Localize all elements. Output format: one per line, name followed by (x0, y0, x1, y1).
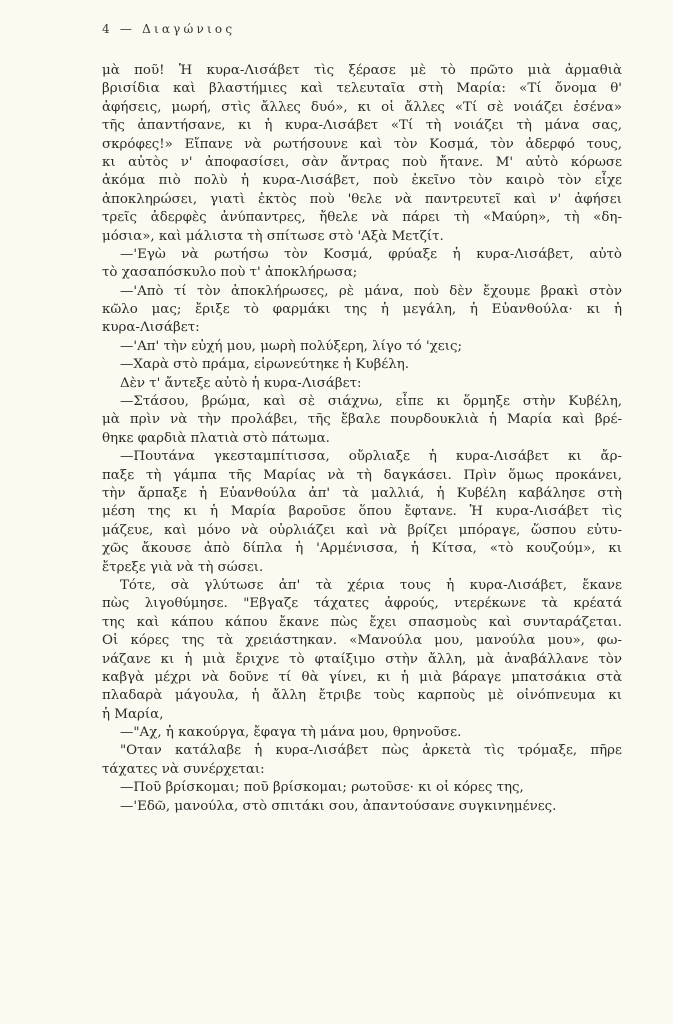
text-line: "Οταν κατάλαβε ἡ κυρα-Λισάβετ πὼς ἀρκετὰ… (102, 742, 622, 760)
text-line: —Στάσου, βρώμα, καὶ σὲ σιάχνω, εἶπε κι ὅ… (102, 393, 622, 411)
text-line: —Χαρὰ στὸ πράμα, εἰρωνεύτηκε ἡ Κυβέλη. (102, 356, 622, 374)
text-line: θηκε φαρδιὰ πλατιὰ στὸ πάτωμα. (102, 430, 622, 448)
text-line: τὸ χασαπόσκυλο ποὺ τ' ἀποκλήρωσα; (102, 264, 622, 282)
text-line: ἀκόμα πιὸ πολὺ ἡ κυρα-Λισάβετ, ποὺ ἐκεῖν… (102, 172, 622, 190)
text-line: Δὲν τ' ἄντεξε αὐτὸ ἡ κυρα-Λισάβετ: (102, 375, 622, 393)
text-line: μέση της κι ἡ Μαρία βαροῦσε ὅπου ἔφτανε.… (102, 503, 622, 521)
text-line: πὼς λιγοθύμησε. "Εβγαζε τάχατες ἀφρούς, … (102, 595, 622, 613)
text-line: νάζανε κι ἡ μιὰ ἔριχνε τὸ φταίξιμο στὴν … (102, 651, 622, 669)
text-line: —'Εγὼ νὰ ρωτήσω τὸν Κοσμά, φρύαξε ἡ κυρα… (102, 246, 622, 264)
text-line: μάζευε, καὶ μόνο νὰ οὐρλιάζει καὶ νὰ βρί… (102, 522, 622, 540)
text-line: καβγὰ μέχρι νὰ δοῦνε τί θὰ γίνει, κι ἡ μ… (102, 669, 622, 687)
text-line: βρισίδια καὶ βλαστήμιες καὶ τελευταῖα στ… (102, 80, 622, 98)
text-line: μὰ πρὶν νὰ τὴν προλάβει, τῆς ἔβαλε πουρδ… (102, 411, 622, 429)
text-line: τὴν ἄρπαξε ἡ Εὐανθούλα ἀπ' τὰ μαλλιά, ἡ … (102, 485, 622, 503)
running-title: Διαγώνιος (142, 22, 235, 36)
text-line: —'Απ' τὴν εὐχή μου, μωρὴ πολύξερη, λίγο … (102, 338, 622, 356)
text-line: μόσια», καὶ μάλιστα τὴ σπίτωσε στὸ 'Αξὰ … (102, 228, 622, 246)
text-line: Οἱ κόρες της τὰ χρειάστηκαν. «Μανούλα μο… (102, 632, 622, 650)
text-line: χῶς ἄκουσε ἀπὸ δίπλα ἡ 'Αρμένισσα, ἡ Κίτ… (102, 540, 622, 558)
text-line: τῆς ἀπαντήσανε, κι ἡ κυρα-Λισάβετ «Τί τὴ… (102, 117, 622, 135)
text-line: κι αὐτὸς ν' ἀποφασίσει, σὰν ἄντρας ποὺ ἤ… (102, 154, 622, 172)
text-line: της καὶ κάπου κάπου ἔκανε πὼς ἔχει σπασμ… (102, 614, 622, 632)
page-number: 4 (102, 22, 113, 36)
text-line: ἔτρεξε γιὰ νὰ τὴ σώσει. (102, 559, 622, 577)
text-line: κῶλο μας; ἔριξε τὸ φαρμάκι της ἡ μεγάλη,… (102, 301, 622, 319)
text-line: —'Εδῶ, μανούλα, στὸ σπιτάκι σου, ἀπαντού… (102, 798, 622, 816)
header-separator: — (120, 22, 135, 36)
text-line: τάχατες νὰ συνέρχεται: (102, 761, 622, 779)
text-line: —'Απὸ τί τὸν ἀποκλήρωσες, ρὲ μάνα, ποὺ δ… (102, 283, 622, 301)
text-line: Τότε, σὰ γλύτωσε ἀπ' τὰ χέρια τους ἡ κυρ… (102, 577, 622, 595)
text-line: σκρόφες!» Εἴπανε νὰ ρωτήσουνε καὶ τὸν Κο… (102, 136, 622, 154)
text-line: παξε τὴ γάμπα τῆς Μαρίας νὰ τὴ δαγκάσει.… (102, 467, 622, 485)
text-line: —Πουτάνα γκεσταμπίτισσα, οὔρλιαξε ἡ κυρα… (102, 448, 622, 466)
text-line: —"Αχ, ἡ κακούργα, ἔφαγα τὴ μάνα μου, θρη… (102, 724, 622, 742)
text-line: ἀφήσεις, μωρή, στὶς ἄλλες δυό», κι οἱ ἄλ… (102, 99, 622, 117)
text-line: κυρα-Λισάβετ: (102, 319, 622, 337)
text-line: —Ποῦ βρίσκομαι; ποῦ βρίσκομαι; ρωτοῦσε· … (102, 779, 622, 797)
text-line: τρεῖς ἀδερφὲς ἀνύπαντρες, ἤθελε νὰ πάρει… (102, 209, 622, 227)
running-header: 4 — Διαγώνιος (102, 22, 235, 36)
body-text: μὰ ποῦ! Ἡ κυρα-Λισάβετ τὶς ξέρασε μὲ τὸ … (102, 62, 622, 816)
text-line: ἀποκληρώσει, γιατὶ ἐκτὸς ποὺ 'θελε νὰ πα… (102, 191, 622, 209)
text-line: πλαδαρὰ μάγουλα, ἡ ἄλλη ἔτριβε τοὺς καρπ… (102, 687, 622, 705)
text-line: μὰ ποῦ! Ἡ κυρα-Λισάβετ τὶς ξέρασε μὲ τὸ … (102, 62, 622, 80)
text-line: ἡ Μαρία, (102, 706, 622, 724)
